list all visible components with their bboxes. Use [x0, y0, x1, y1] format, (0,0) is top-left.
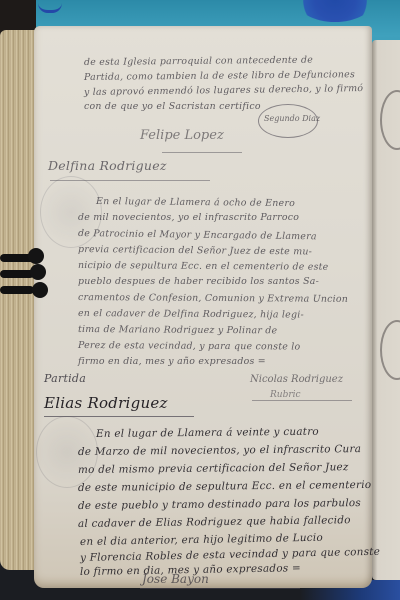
signature-felipe-lopez: Felipe Lopez: [140, 128, 224, 143]
rubric-flourish: Rubric: [270, 390, 301, 400]
flourish-line: [140, 588, 300, 589]
seal-signature: Segundo Diaz: [264, 114, 320, 123]
facing-page-stamp-icon: [380, 320, 400, 380]
margin-label-partida: Partida: [44, 372, 86, 385]
entry-text-line: nicipio de sepultura Ecc. en el cementer…: [78, 260, 329, 273]
margin-name-elias: Elias Rodriguez: [44, 394, 168, 412]
entry-text-line: pueblo despues de haber recibido los san…: [78, 276, 319, 287]
cloth-rosette-motif: [296, 0, 374, 22]
cloth-motif-small: [38, 0, 62, 13]
margin-name-delfina: Delfina Rodriguez: [48, 158, 167, 173]
margin-underline: [50, 180, 210, 181]
entry-text-line: tima de Mariano Rodriguez y Polinar de: [78, 324, 277, 336]
signature-jose-bayon: Jose Bayon: [142, 572, 209, 586]
flourish-line: [252, 400, 352, 401]
binding-clips: [0, 246, 50, 306]
entry-text-line: En el lugar de Llamera á ocho de Enero: [96, 196, 295, 209]
clip-head-icon: [30, 264, 46, 280]
margin-underline: [44, 416, 194, 417]
entry-text-line: Perez de esta vecindad, y para que const…: [78, 340, 301, 353]
flourish-line: [162, 152, 242, 153]
clip-icon: [0, 286, 34, 294]
clip-icon: [0, 270, 34, 278]
entry-text-line: En el lugar de Llamera á veinte y cuatro: [96, 426, 319, 440]
facing-page-stamp-icon: [380, 90, 400, 150]
facing-page-edge: [372, 40, 400, 580]
signature-nicolas-rodriguez: Nicolas Rodriguez: [250, 374, 343, 385]
entry-text-line: cramentos de Confesion, Comunion y Extre…: [78, 292, 348, 305]
entry-text-line: con de que yo el Sacristan certifico: [84, 101, 261, 112]
clip-head-icon: [28, 248, 44, 264]
entry-text-line: firmo en dia, mes y año expresados =: [78, 356, 266, 367]
entry-text-line: en el cadaver de Delfina Rodriguez, hija…: [78, 308, 304, 321]
entry-text-line: de mil novecientos, yo el infrascrito Pa…: [78, 212, 299, 223]
clip-head-icon: [32, 282, 48, 298]
